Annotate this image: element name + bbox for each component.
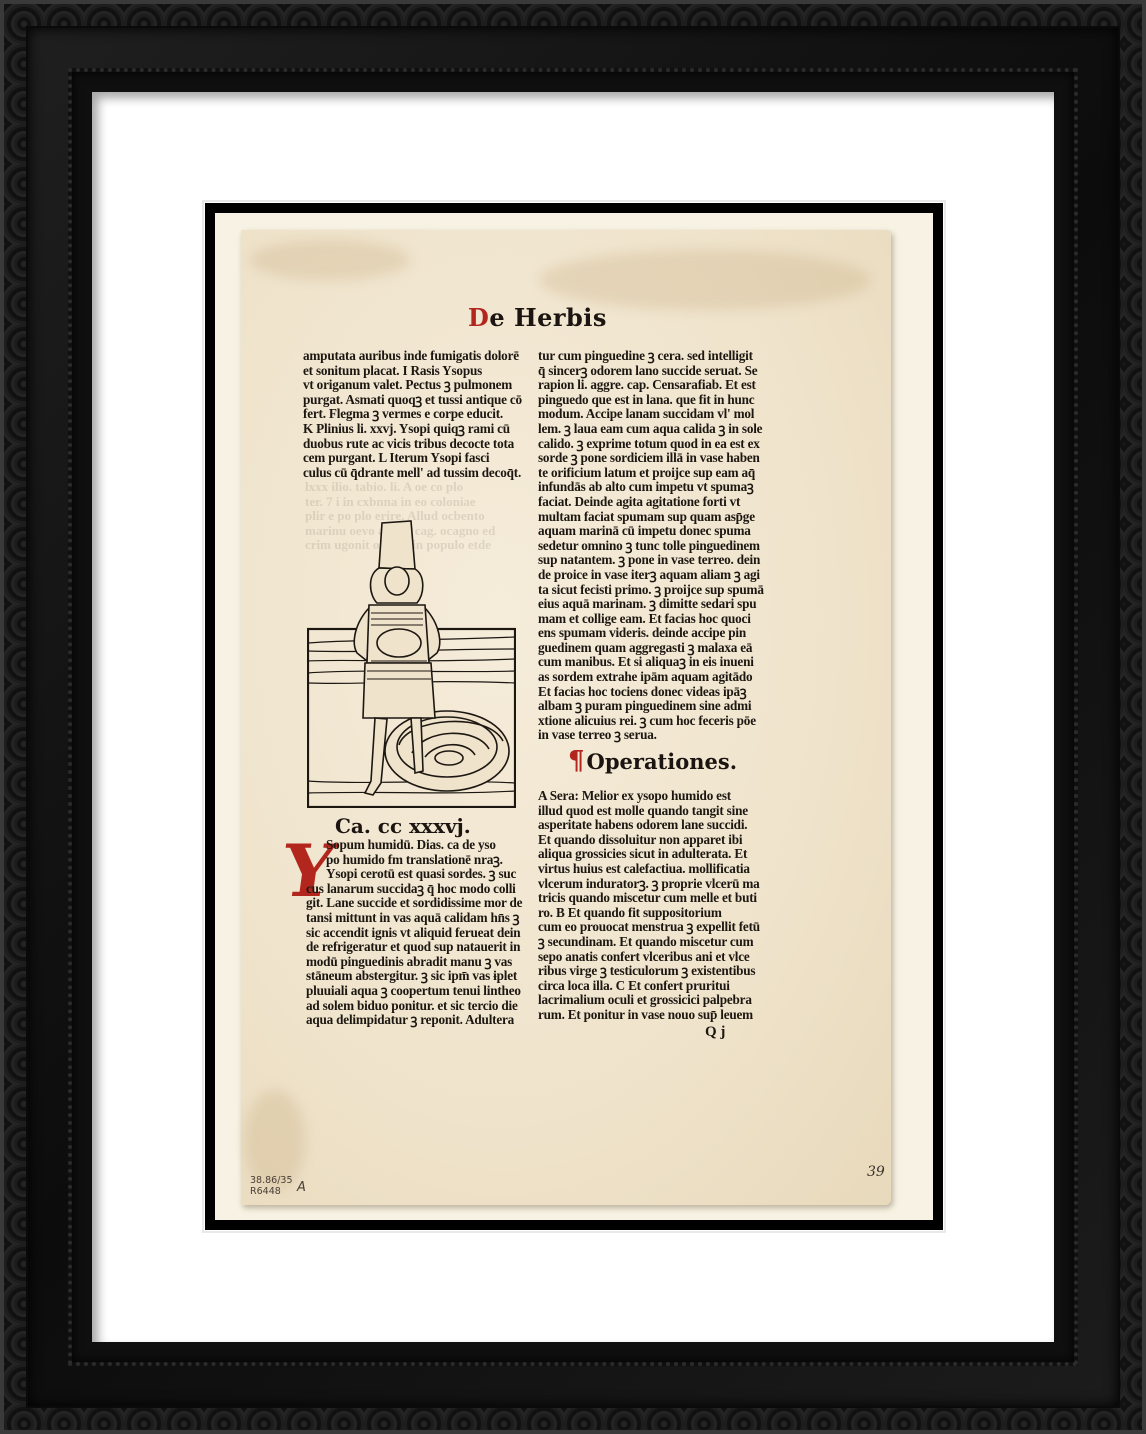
- text-line: tansi mittunt in vas aquā calidam hn̄s ꝫ: [306, 911, 518, 926]
- text-line: vt origanum valet. Pectus ꝫ pulmonem: [303, 378, 518, 393]
- text-line: virtus huius est calefactiua. mollificat…: [538, 862, 758, 877]
- text-line: lacrimalium oculi et grossicici palpebra: [538, 993, 758, 1008]
- text-line: purgat. Asmati quoqꝫ et tussi antique cō: [303, 393, 518, 408]
- text-line: ens spumam videris. deinde accipe pin: [538, 626, 758, 641]
- folio-number: 39: [867, 1164, 885, 1180]
- text-line: te orificium latum et proijce sup eam aq…: [538, 466, 758, 481]
- text-line: po humido fm translationē nraꝫ.: [306, 853, 518, 868]
- text-line: amputata auribus inde fumigatis dolorē: [303, 349, 518, 364]
- operations-heading: ¶Operationes.: [568, 746, 737, 776]
- text-line: de proice in vase iterꝫ aquam aliam ꝫ ag…: [538, 568, 758, 583]
- text-line: tur cum pinguedine ꝫ cera. sed intelligi…: [538, 349, 758, 364]
- woodcut-illustration: [307, 513, 516, 808]
- text-line: K Plinius li. xxvj. Ysopi quiqꝫ rami cū: [303, 422, 518, 437]
- left-column-bottom: Sopum humidū. Dias. ca de yso po humido …: [306, 838, 518, 1028]
- text-line: ta sicut fecisti primo. ꝫ proijce sup sp…: [538, 583, 758, 598]
- text-line: cum eo prouocat menstrua ꝫ expellit fetū: [538, 920, 758, 935]
- text-line: pinguedo que est in lana. que fit in hun…: [538, 393, 758, 408]
- text-line: guedinem quam aggregasti ꝫ malaxa eā: [538, 641, 758, 656]
- text-line: in vase terreo ꝫ serua.: [538, 728, 758, 743]
- right-column-top: tur cum pinguedine ꝫ cera. sed intelligi…: [538, 349, 758, 743]
- operations-heading-text: Operationes.: [587, 749, 737, 774]
- text-line: duobus rute ac vicis tribus decocte tota: [303, 437, 518, 452]
- text-line: aliqua grossicies sicut in adulterata. E…: [538, 847, 758, 862]
- text-line: Et facias hoc tociens donec videas ipāꝫ: [538, 685, 758, 700]
- text-line: modum. Accipe lanam succidam vl' mol: [538, 407, 758, 422]
- left-column-top: amputata auribus inde fumigatis dolorē e…: [303, 349, 518, 480]
- inventory-line-1: 38.86/35: [250, 1175, 293, 1186]
- signature-mark: Q j: [705, 1024, 725, 1041]
- paper-stain: [250, 240, 410, 280]
- text-line: asperitate habens odorem lane succidi.: [538, 818, 758, 833]
- text-line: illud quod est molle quando tangit sine: [538, 804, 758, 819]
- chapter-heading: Ca. cc xxxvj.: [335, 814, 471, 838]
- text-line: eius aquā marinam. ꝫ dimitte sedari spu: [538, 597, 758, 612]
- text-line: cem purgant. L Iterum Ysopi fasci: [303, 451, 518, 466]
- text-line: sorde ꝫ pone sordiciem illā in vase habe…: [538, 451, 758, 466]
- paper-stain: [540, 250, 870, 310]
- text-line: multam faciat spumam sup quam asp̄ge: [538, 510, 758, 525]
- text-line: Ysopi cerotū est quasi sordes. ꝫ suc: [306, 867, 518, 882]
- text-line: circa loca illa. C Et confert pruritui: [538, 979, 758, 994]
- text-line: modū pinguedinis abradit manu ꝫ vas: [306, 955, 518, 970]
- text-line: culus cū q̄drante mell' ad tussim decoq̄…: [303, 466, 518, 481]
- text-line: albam ꝫ puram pinguedinem sine admi: [538, 699, 758, 714]
- text-line: sepo anatis confert vlceribus ani et vlc…: [538, 950, 758, 965]
- text-line: aqua delimpidatur ꝫ reponit. Adultera: [306, 1013, 518, 1028]
- text-line: ro. B Et quando fit suppositorium: [538, 906, 758, 921]
- text-line: rum. Et ponitur in vase nouo sup̄ leuem: [538, 1008, 758, 1023]
- text-line: ribus virge ꝫ testiculorum ꝫ existentibu…: [538, 964, 758, 979]
- text-line: et sonitum placat. I Rasis Ysopus: [303, 364, 518, 379]
- pilcrow-icon: ¶: [568, 746, 585, 776]
- text-line: Sopum humidū. Dias. ca de yso: [306, 838, 518, 853]
- running-head: De Herbis: [468, 303, 607, 332]
- text-line: aquam marinā cū impetu donec spuma: [538, 524, 758, 539]
- text-line: stāneum abstergitur. ꝫ sic ipm̄ vas ɨple…: [306, 969, 518, 984]
- text-line: cus lanarum succidaꝫ q̄ hoc modo colli: [306, 882, 518, 897]
- text-line: vlcerum induratorꝫ. ꝫ proprie vlcerū ma: [538, 877, 758, 892]
- text-line: de refrigeratur et quod sup natauerit in: [306, 940, 518, 955]
- text-line: faciat. Deinde agita agitatione forti vt: [538, 495, 758, 510]
- text-line: A Sera: Melior ex ysopo humido est: [538, 789, 758, 804]
- text-line: lem. ꝫ laua eam cum aqua calida ꝫ in sol…: [538, 422, 758, 437]
- text-line: git. Lane succide et sordidissime mor de: [306, 896, 518, 911]
- text-line: pluuiali aqua ꝫ coopertum tenui lintheo: [306, 984, 518, 999]
- text-line: xtione alicuius rei. ꝫ cum hoc feceris p…: [538, 714, 758, 729]
- text-line: ad solem biduo ponitur. et sic tercio di…: [306, 999, 518, 1014]
- inventory-line-2: R6448: [250, 1186, 293, 1197]
- text-line: mam et collige eam. Et facias hoc quoci: [538, 612, 758, 627]
- text-line: q̄ sincerꝫ odorem lano succide seruat. S…: [538, 364, 758, 379]
- text-line: tricis quando miscetur cum melle et buti: [538, 891, 758, 906]
- text-line: rapion li. aggre. cap. Censarafiab. Et e…: [538, 378, 758, 393]
- text-line: calido. ꝫ exprime totum quod in ea est e…: [538, 437, 758, 452]
- text-line: sup natantem. ꝫ pone in vase terreo. dei…: [538, 553, 758, 568]
- text-line: Et quando dissoluitur non apparet ibi: [538, 833, 758, 848]
- text-line: infundās ab alto cum impetu vt spumaꝫ: [538, 480, 758, 495]
- text-line: ꝫ secundinam. Et quando miscetur cum: [538, 935, 758, 950]
- text-line: sedetur omnino ꝫ tunc tolle pinguedinem: [538, 539, 758, 554]
- inventory-number: 38.86/35 R6448: [250, 1175, 293, 1197]
- right-column-bottom: A Sera: Melior ex ysopo humido est illud…: [538, 789, 758, 1023]
- text-line: fert. Flegma ꝫ vermes e corpe educit.: [303, 407, 518, 422]
- running-head-initial: D: [468, 303, 489, 332]
- inventory-letter: A: [297, 1180, 306, 1195]
- text-line: sic accendit ignis vt aliquid ferueat de…: [306, 926, 518, 941]
- text-line: cum manibus. Et si aliquaꝫ in eis inueni: [538, 655, 758, 670]
- running-head-text: e Herbis: [489, 303, 607, 332]
- text-line: as sordem extrahe ipām aquam agitādo: [538, 670, 758, 685]
